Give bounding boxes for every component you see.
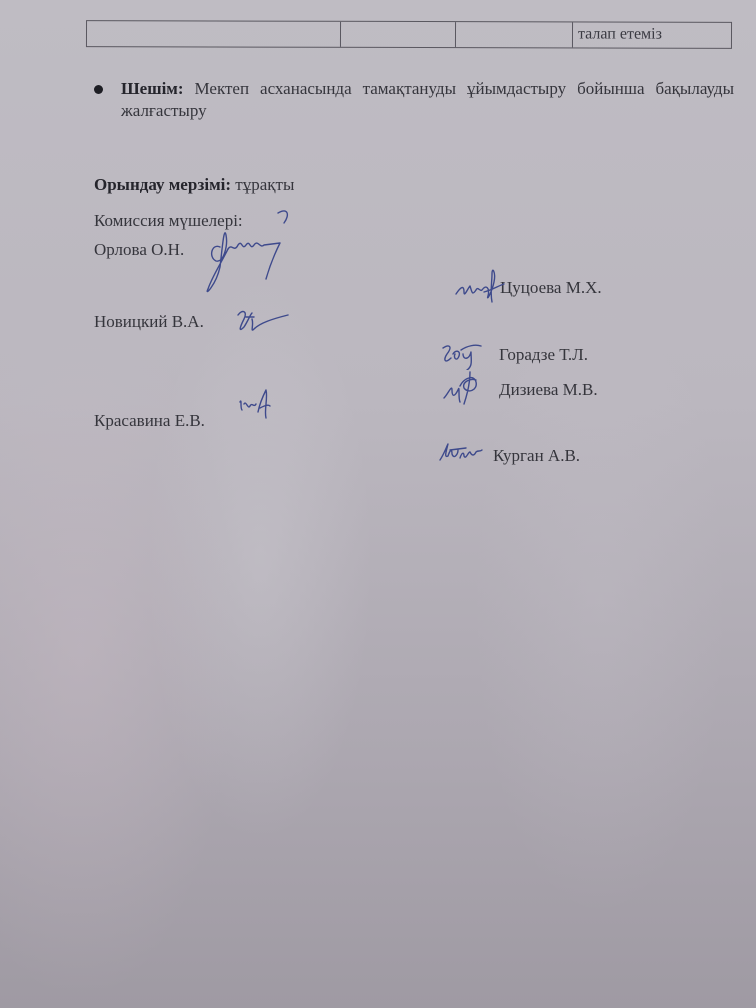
deadline-label: Орындау мерзімі:	[94, 175, 231, 194]
signature-icon	[452, 262, 507, 307]
member-name: Курган А.В.	[493, 446, 580, 466]
table-cell	[456, 22, 573, 47]
signature-icon	[236, 388, 276, 430]
table-cell-text: талап етеміз	[578, 25, 662, 43]
commission-heading: Комиссия мүшелері:	[94, 211, 243, 231]
member-name: Дизиева М.В.	[499, 380, 598, 400]
table-cell: талап етеміз	[573, 22, 731, 47]
table-cell	[87, 21, 341, 47]
decision-text: Шешім: Мектеп асханасында тамақтануды ұй…	[121, 78, 734, 122]
signature-icon	[437, 340, 487, 370]
member-name: Новицкий В.А.	[94, 312, 204, 332]
signature-icon	[440, 368, 490, 408]
deadline-value: тұрақты	[235, 175, 294, 194]
decision-body: Мектеп асханасында тамақтануды ұйымдасты…	[121, 79, 734, 120]
signature-icon	[232, 305, 292, 337]
member-name: Красавина Е.В.	[94, 411, 205, 431]
deadline-line: Орындау мерзімі: тұрақты	[94, 175, 294, 195]
paper-texture	[0, 0, 756, 1008]
member-name: Горадзе Т.Л.	[499, 345, 588, 365]
signature-icon	[436, 440, 486, 468]
decision-item: Шешім: Мектеп асханасында тамақтануды ұй…	[94, 78, 734, 122]
table-fragment: талап етеміз	[86, 20, 732, 49]
table-cell	[341, 22, 456, 47]
member-name: Цуцоева М.Х.	[500, 278, 602, 298]
member-name: Орлова О.Н.	[94, 240, 184, 260]
bullet-icon	[94, 85, 103, 94]
decision-label: Шешім:	[121, 79, 184, 98]
